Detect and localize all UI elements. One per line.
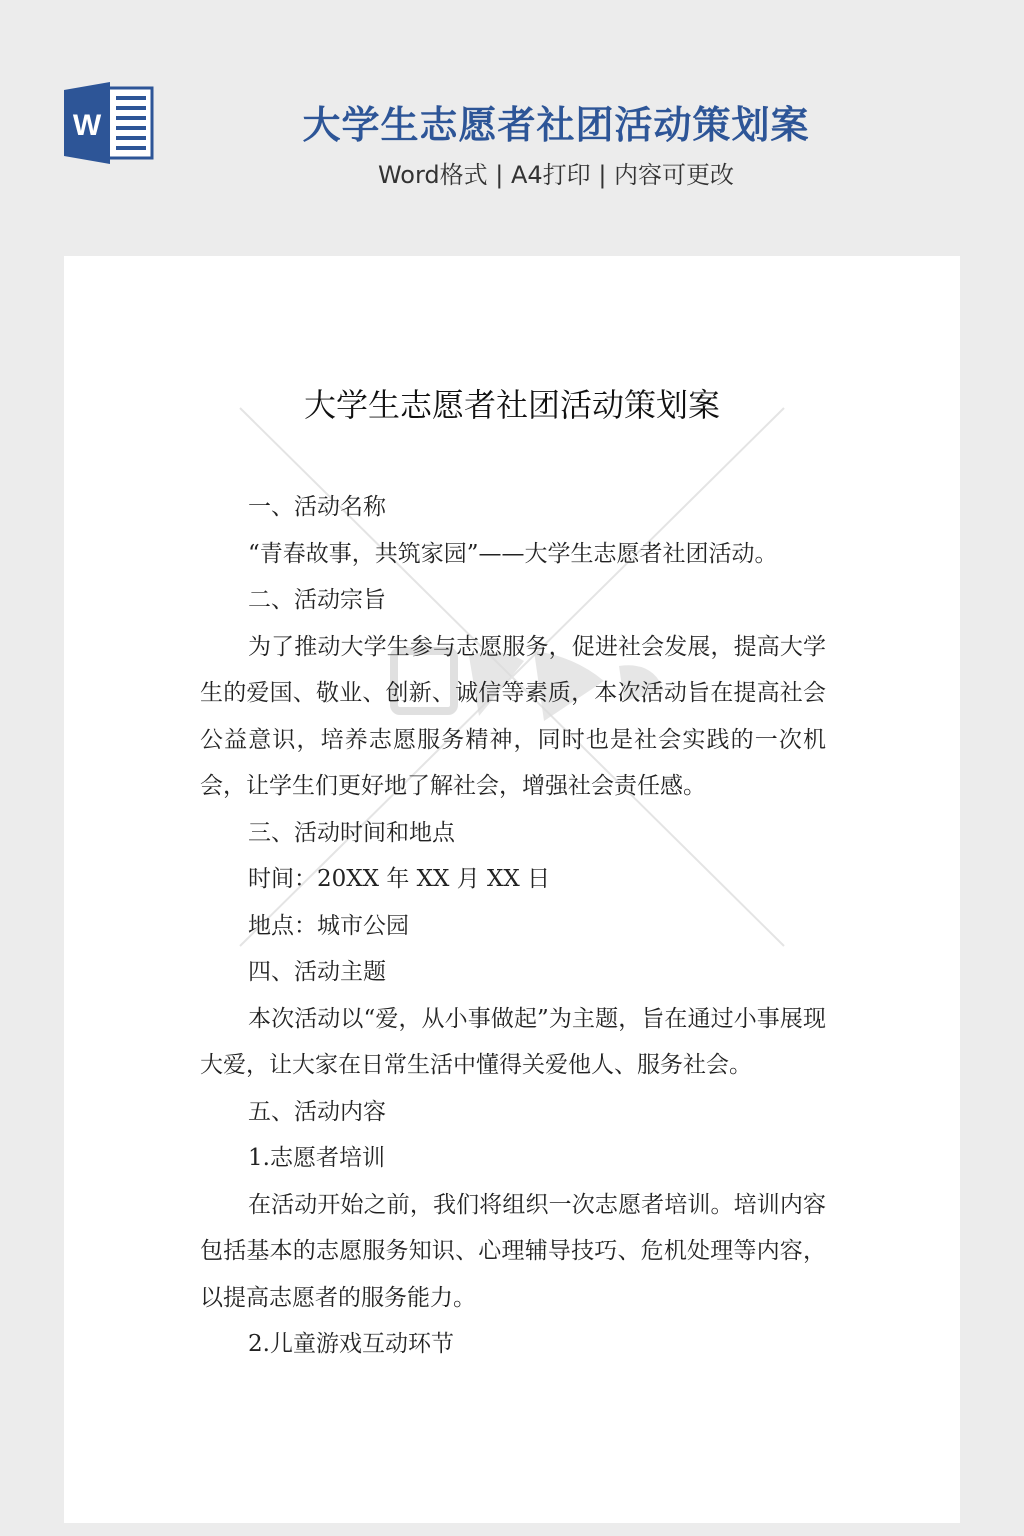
section-heading-purpose: 二、活动宗旨 <box>200 577 826 624</box>
document-page: 大学生志愿者社团活动策划案 一、活动名称 “青春故事，共筑家园”——大学生志愿者… <box>64 256 960 1523</box>
training-paragraph: 在活动开始之前，我们将组织一次志愿者培训。培训内容包括基本的志愿服务知识、心理辅… <box>200 1182 826 1322</box>
purpose-paragraph: 为了推动大学生参与志愿服务，促进社会发展，提高大学生的爱国、敬业、创新、诚信等素… <box>200 624 826 810</box>
place-line: 地点：城市公园 <box>200 903 826 950</box>
page-subtitle: Word格式 | A4打印 | 内容可更改 <box>200 155 912 190</box>
time-line: 时间：20XX 年 XX 月 XX 日 <box>200 856 826 903</box>
subsection-volunteer-training: 1.志愿者培训 <box>200 1135 826 1182</box>
header-banner: W 大学生志愿者社团活动策划案 Word格式 | A4打印 | 内容可更改 <box>0 0 1024 256</box>
section-heading-activity-name: 一、活动名称 <box>200 484 826 531</box>
subsection-children-games: 2.儿童游戏互动环节 <box>200 1321 826 1368</box>
document-body: 一、活动名称 “青春故事，共筑家园”——大学生志愿者社团活动。 二、活动宗旨 为… <box>200 484 826 1368</box>
svg-text:W: W <box>73 109 102 142</box>
page-title: 大学生志愿者社团活动策划案 <box>200 94 912 149</box>
theme-paragraph: 本次活动以“爱，从小事做起”为主题，旨在通过小事展现大爱，让大家在日常生活中懂得… <box>200 996 826 1089</box>
activity-name-text: “青春故事，共筑家园”——大学生志愿者社团活动。 <box>200 531 826 578</box>
document-title: 大学生志愿者社团活动策划案 <box>64 380 960 426</box>
word-document-icon: W <box>64 80 156 166</box>
section-heading-content: 五、活动内容 <box>200 1089 826 1136</box>
section-heading-theme: 四、活动主题 <box>200 949 826 996</box>
section-heading-time-place: 三、活动时间和地点 <box>200 810 826 857</box>
